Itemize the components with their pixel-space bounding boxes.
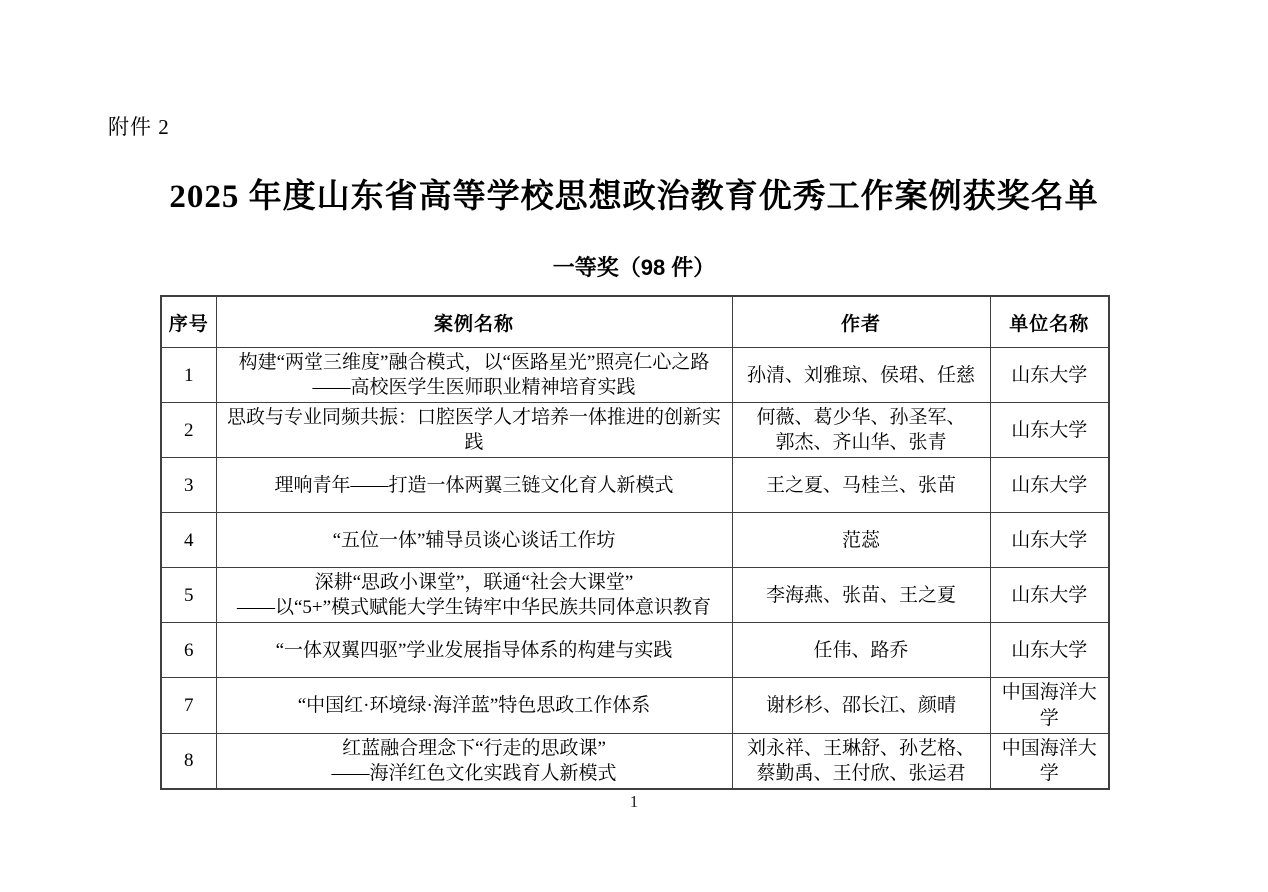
seq-cell: 5 xyxy=(161,568,216,623)
table-row: 8 红蓝融合理念下“行走的思政课” ——海洋红色文化实践育人新模式 刘永祥、王琳… xyxy=(161,733,1109,789)
seq-cell: 3 xyxy=(161,458,216,513)
column-header-organization: 单位名称 xyxy=(990,296,1109,348)
attachment-label: 附件 2 xyxy=(108,111,170,141)
column-header-seq: 序号 xyxy=(161,296,216,348)
case-name-cell: “中国红·环境绿·海洋蓝”特色思政工作体系 xyxy=(216,678,732,733)
case-name-cell: 构建“两堂三维度”融合模式，以“医路星光”照亮仁心之路 ——高校医学生医师职业精… xyxy=(216,348,732,403)
case-name-cell: 深耕“思政小课堂”，联通“社会大课堂” ——以“5+”模式赋能大学生铸牢中华民族… xyxy=(216,568,732,623)
seq-cell: 2 xyxy=(161,403,216,458)
table-row: 5 深耕“思政小课堂”，联通“社会大课堂” ——以“5+”模式赋能大学生铸牢中华… xyxy=(161,568,1109,623)
table-row: 2 思政与专业同频共振：口腔医学人才培养一体推进的创新实践 何薇、葛少华、孙圣军… xyxy=(161,403,1109,458)
seq-cell: 6 xyxy=(161,623,216,678)
case-name-cell: 理响青年——打造一体两翼三链文化育人新模式 xyxy=(216,458,732,513)
case-name-cell: 思政与专业同频共振：口腔医学人才培养一体推进的创新实践 xyxy=(216,403,732,458)
seq-cell: 7 xyxy=(161,678,216,733)
seq-cell: 8 xyxy=(161,733,216,789)
organization-cell: 山东大学 xyxy=(990,403,1109,458)
table-row: 6 “一体双翼四驱”学业发展指导体系的构建与实践 任伟、路乔 山东大学 xyxy=(161,623,1109,678)
awards-table: 序号 案例名称 作者 单位名称 1 构建“两堂三维度”融合模式，以“医路星光”照… xyxy=(160,295,1110,790)
case-name-cell: “五位一体”辅导员谈心谈话工作坊 xyxy=(216,513,732,568)
case-name-cell: 红蓝融合理念下“行走的思政课” ——海洋红色文化实践育人新模式 xyxy=(216,733,732,789)
table-header-row: 序号 案例名称 作者 单位名称 xyxy=(161,296,1109,348)
organization-cell: 山东大学 xyxy=(990,348,1109,403)
column-header-case-name: 案例名称 xyxy=(216,296,732,348)
organization-cell: 山东大学 xyxy=(990,623,1109,678)
organization-cell: 中国海洋大学 xyxy=(990,678,1109,733)
page-title: 2025 年度山东省高等学校思想政治教育优秀工作案例获奖名单 xyxy=(0,170,1268,217)
organization-cell: 山东大学 xyxy=(990,513,1109,568)
seq-cell: 1 xyxy=(161,348,216,403)
authors-cell: 何薇、葛少华、孙圣军、 郭杰、齐山华、张青 xyxy=(732,403,990,458)
column-header-authors: 作者 xyxy=(732,296,990,348)
organization-cell: 山东大学 xyxy=(990,458,1109,513)
organization-cell: 中国海洋大学 xyxy=(990,733,1109,789)
seq-cell: 4 xyxy=(161,513,216,568)
award-tier-heading: 一等奖（98 件） xyxy=(0,251,1268,282)
table-row: 7 “中国红·环境绿·海洋蓝”特色思政工作体系 谢杉杉、邵长江、颜晴 中国海洋大… xyxy=(161,678,1109,733)
page-number: 1 xyxy=(0,792,1268,812)
authors-cell: 刘永祥、王琳舒、孙艺格、 蔡勤禹、王付欣、张运君 xyxy=(732,733,990,789)
authors-cell: 范蕊 xyxy=(732,513,990,568)
authors-cell: 王之夏、马桂兰、张苗 xyxy=(732,458,990,513)
table-row: 4 “五位一体”辅导员谈心谈话工作坊 范蕊 山东大学 xyxy=(161,513,1109,568)
authors-cell: 谢杉杉、邵长江、颜晴 xyxy=(732,678,990,733)
authors-cell: 任伟、路乔 xyxy=(732,623,990,678)
case-name-cell: “一体双翼四驱”学业发展指导体系的构建与实践 xyxy=(216,623,732,678)
table-row: 3 理响青年——打造一体两翼三链文化育人新模式 王之夏、马桂兰、张苗 山东大学 xyxy=(161,458,1109,513)
authors-cell: 李海燕、张苗、王之夏 xyxy=(732,568,990,623)
organization-cell: 山东大学 xyxy=(990,568,1109,623)
authors-cell: 孙清、刘雅琼、侯珺、任慈 xyxy=(732,348,990,403)
table-row: 1 构建“两堂三维度”融合模式，以“医路星光”照亮仁心之路 ——高校医学生医师职… xyxy=(161,348,1109,403)
document-page: 附件 2 2025 年度山东省高等学校思想政治教育优秀工作案例获奖名单 一等奖（… xyxy=(0,0,1268,892)
